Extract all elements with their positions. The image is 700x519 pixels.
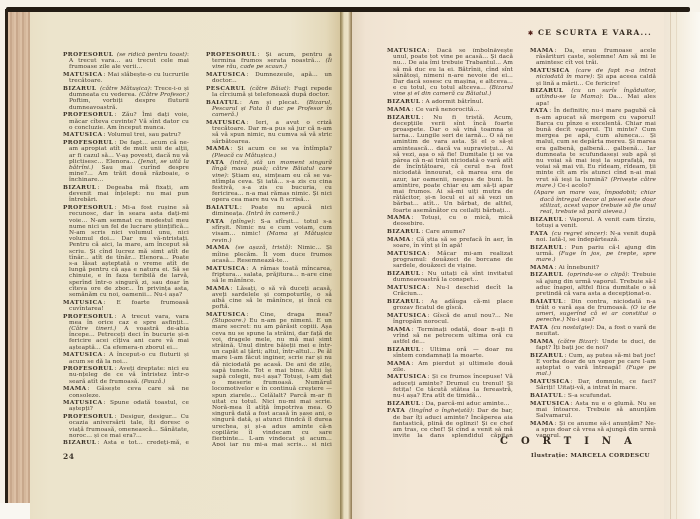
speaker-name: BIZARUL xyxy=(530,353,563,359)
header-ornament-icon: ✱ xyxy=(528,30,533,37)
speaker-name: PROFESORUL xyxy=(63,52,113,58)
dialogue-entry: MAMA: Ai înnebunit? xyxy=(530,265,656,271)
dialogue-entry: MAMA: Ce vară nenorocită... xyxy=(387,107,513,113)
dialogue-entry: MAMA (se așază, tristă): Nimic... Și mîi… xyxy=(206,245,332,264)
speaker-name: BIZARUL xyxy=(387,401,420,407)
dialogue-entry: BIZARUL: Ultima oră — doar nu sîntem con… xyxy=(387,347,513,359)
dialogue-entry: MATUSICA (care de fapt n-a intrat niciod… xyxy=(530,68,656,87)
dialogue-entry: BIZARUL: A adormit bătrînul. xyxy=(387,99,513,105)
speaker-name: BIZARUL xyxy=(63,440,96,446)
dialogue-entry: BIZARUL (cu un surîs îngăduitor, uitîndu… xyxy=(530,88,656,107)
dialogue-entry: BAIATUL: S-a scufundat. xyxy=(530,393,656,399)
speaker-name: MAMA xyxy=(206,245,230,251)
speaker-name: MAMA xyxy=(206,146,230,152)
dialogue-entry: PROFESORUL: Zău? Îmi dați voie, măcar cî… xyxy=(63,112,189,131)
speaker-name: BIZARUL xyxy=(387,347,420,353)
dialogue-entry: MATUSICA: Și ce frumos începuse! Vă aduc… xyxy=(387,374,513,399)
speaker-name: MATUSICA xyxy=(63,352,103,358)
speaker-name: PROFESORUL xyxy=(63,314,113,320)
dialogue-entry: MATUSICA: Măcar mi-am realizat programul… xyxy=(387,251,513,270)
speaker-name: BIZARUL xyxy=(387,115,420,121)
dialogue-entry: PROFESORUL: Aveți dreptate: nici eu nu-n… xyxy=(63,366,189,385)
right-column-2: MAMA: Da, erau frumoase acele răsărituri… xyxy=(530,48,656,438)
dialogue-entry: FATA (lingînd o înghețată): Dar de bar, … xyxy=(387,408,513,438)
page-number: 24 xyxy=(63,452,74,461)
speaker-name: MATUSICA xyxy=(387,285,427,291)
speaker-name: MATUSICA xyxy=(63,300,103,306)
photo-corner xyxy=(0,503,30,519)
speaker-name: MATUSICA xyxy=(206,266,246,272)
dialogue-entry: PROFESORUL: Și acum, pentru a termina fr… xyxy=(206,52,332,71)
speaker-name: MAMA xyxy=(387,327,411,333)
speaker-name: MATUSICA xyxy=(387,313,427,319)
speaker-name: PROFESORUL xyxy=(63,112,113,118)
dialogue-entry: PROFESORUL: De fapt... acum că ne-am apr… xyxy=(63,140,189,183)
dialogue-entry: PROFESORUL: A trecut vara, vara mea în o… xyxy=(63,314,189,351)
book-scan: PROFESORUL (se ridică pentru toast): A t… xyxy=(0,0,700,519)
dialogue-entry: MAMA: Că știa să se prefacă în aer, în s… xyxy=(387,237,513,249)
right-page-text: MATUSICA: Dacă se îmbolnăvește unul, poa… xyxy=(387,48,660,438)
speaker-name: BAIATUL xyxy=(530,393,563,399)
speaker-name: BAIATUL xyxy=(530,299,563,305)
speaker-name: MATUSICA xyxy=(63,400,103,406)
dialogue-entry: BIZARUL: Vaporul. A venit cam tîrziu, to… xyxy=(530,217,656,229)
dialogue-entry: MATUSICA: A rămas toată mîncarea, friptu… xyxy=(206,266,332,285)
dialogue-entry: MATUSICA: E foarte frumoasă cuvîntarea! xyxy=(63,300,189,312)
dialogue-entry: BIZARUL: Nu uitați că sînt invitatul dum… xyxy=(387,271,513,283)
page-edges-left xyxy=(8,12,30,519)
dialogue-entry: MAMA: Am pierdut și ultimele două zile. xyxy=(387,361,513,373)
dialogue-entry: BIZARUL: Da, parcă-mi aduc aminte... xyxy=(387,401,513,407)
dialogue-entry: BIZARUL: Care anume? xyxy=(387,229,513,235)
dialogue-entry: BIZARUL: Degeaba mă fixați, am devenit m… xyxy=(63,185,189,204)
dialogue-entry: BAIATUL: Am și plecat. (Bizarul, Pescaru… xyxy=(206,100,332,119)
dialogue-entry: FATA (cu regret sincer): N-a venit după … xyxy=(530,231,656,243)
speaker-name: MAMA xyxy=(63,386,87,392)
left-page-text: PROFESORUL (se ridică pentru toast): A t… xyxy=(63,52,332,446)
dialogue-entry: FATA (intră, stă un moment singură lîngă… xyxy=(206,160,332,203)
dialogue-entry: MATUSICA: Nu-l deschid decît la Crăciun.… xyxy=(387,285,513,297)
speaker-name: MAMA xyxy=(387,361,411,367)
dialogue-entry: BIZARUL: Nu fi tristă. Acum, decepțiile … xyxy=(387,115,513,214)
speaker-name: BIZARUL xyxy=(530,272,563,278)
speaker-name: MATUSICA xyxy=(530,401,570,407)
book-spine xyxy=(340,12,352,519)
speaker-name: MAMA xyxy=(206,286,230,292)
dialogue-entry: BIZARUL: Cum, aș putea să-mi bat joc! E … xyxy=(530,353,656,378)
dialogue-entry: MATUSICA: Cine, draga mea? (Stupoare.) E… xyxy=(206,312,332,446)
running-header: ✱CE SCURTA E VARA... xyxy=(528,28,652,37)
dialogue-entry: MAMA: Lăsați, o să vă duceți acasă, aveț… xyxy=(206,286,332,311)
speaker-name: MAMA xyxy=(530,265,554,271)
illustrator-credit: Ilustrație: MARCELA CORDESCU xyxy=(531,453,650,459)
dialogue-entry: PROFESORUL (se ridică pentru toast): A t… xyxy=(63,52,189,71)
dialogue-entry: MATUSICA: Asta nu e o glumă. Nu se mai î… xyxy=(530,401,656,420)
speaker-name: BIZARUL xyxy=(530,217,563,223)
dialogue-entry: BIZARUL: Aș adăuga că-mi place grozav fi… xyxy=(387,299,513,311)
dialogue-entry: PROFESORUL: Desigur, desigur... Cu ocazi… xyxy=(63,414,189,439)
speaker-name: MATUSICA xyxy=(387,374,427,380)
dialogue-entry: MATUSICA: Dar, domnule, ce faci? Săriți!… xyxy=(530,379,656,391)
speaker-name: FATA xyxy=(387,408,405,414)
dialogue-entry: MAMA: Terminați odată, doar n-ați fi vrî… xyxy=(387,327,513,346)
dialogue-entry: (Apare un mare vas, împodobit; chiar dac… xyxy=(530,190,656,215)
dialogue-entry: MATUSICA: Dumnezeule, apă... un doctor..… xyxy=(206,72,332,84)
speaker-name: FATA xyxy=(530,231,548,237)
dialogue-entry: MAMA: Totuși, cu o mică, mică deosebire. xyxy=(387,215,513,227)
speaker-name: BIZARUL xyxy=(387,229,420,235)
dialogue-entry: FATA: În definitiv, nu-i mare pagubă că … xyxy=(530,108,656,189)
speaker-name: MAMA xyxy=(387,237,411,243)
right-page: ✱CE SCURTA E VARA... MATUSICA: Dacă se î… xyxy=(352,12,664,519)
left-column-1: PROFESORUL (se ridică pentru toast): A t… xyxy=(63,52,189,446)
dialogue-entry: MATUSICA: Mai slăbește-o cu lucrurile tr… xyxy=(63,72,189,84)
right-column-1: MATUSICA: Dacă se îmbolnăvește unul, poa… xyxy=(387,48,513,438)
dialogue-entry: PROFESORUL: Mi-a fost rușine să recunosc… xyxy=(63,205,189,298)
speaker-name: BIZARUL xyxy=(530,245,563,251)
speaker-name: BIZARUL xyxy=(387,299,420,305)
left-column-2: PROFESORUL: Și acum, pentru a termina fr… xyxy=(206,52,332,446)
speaker-name: MAMA xyxy=(530,421,554,427)
dialogue-entry: BAIATUL: Poate nu apucă nici dimineața. … xyxy=(206,205,332,217)
dialogue-entry: BAIATUL: Din contra, niciodată n-a trăit… xyxy=(530,299,656,324)
running-title: CE SCURTA E VARA... xyxy=(538,28,652,37)
cortina-title: CORTINA xyxy=(500,436,645,447)
dialogue-entry: BIZARUL: Asta e tot... credeți-mă, e tot… xyxy=(63,440,189,446)
speaker-name: FATA xyxy=(530,108,548,114)
dialogue-entry: PESCARUL (către Băiat): Fugi repede la c… xyxy=(206,86,332,98)
dialogue-entry: MAMA: Și acum ce se va întîmpla? (Pleacă… xyxy=(206,146,332,158)
dialogue-entry: FATA (plînge): S-a sfîrșit... totul s-a … xyxy=(206,219,332,244)
speaker-name: FATA xyxy=(530,325,548,331)
dialogue-entry: MATUSICA: Gîscă de anul nou?... Ne îngro… xyxy=(387,313,513,325)
dialogue-entry: BIZARUL (către Mătușica): Trece-i-o și d… xyxy=(63,86,189,111)
page-edges-right xyxy=(664,12,700,519)
dialogue-entry: MAMA (către Bizar): Unde te duci, de fap… xyxy=(530,339,656,351)
speaker-name: MAMA xyxy=(387,215,411,221)
dialogue-entry: MATUSICA: Volumul trei, sau patru? xyxy=(63,132,189,138)
speaker-name: MATUSICA xyxy=(387,251,427,257)
dialogue-entry: MATUSICA: A început-o cu fluturii și acu… xyxy=(63,352,189,364)
speaker-name: BIZARUL xyxy=(387,99,420,105)
dialogue-entry: FATA (cu nostalgie): Da, a fost o vară d… xyxy=(530,325,656,337)
dialogue-entry: MAMA: Găsește ceva care să ne consoleze. xyxy=(63,386,189,398)
speaker-name: MATUSICA xyxy=(63,132,103,138)
dialogue-entry: MATUSICA: Spune odată toastul, ce aștepț… xyxy=(63,400,189,412)
speaker-name: BIZARUL xyxy=(387,271,420,277)
dialogue-entry: MAMA: Da, erau frumoase acele răsărituri… xyxy=(530,48,656,67)
dialogue-entry: BIZARUL (oprindu-se o clipă): Trebuie să… xyxy=(530,272,656,297)
dialogue-entry: MATUSICA: Ieri, a avut o criză trecătoar… xyxy=(206,120,332,145)
dialogue-entry: BIZARUL: Pun pariu că-l ajung din urmă. … xyxy=(530,245,656,264)
left-page: PROFESORUL (se ridică pentru toast): A t… xyxy=(30,12,340,519)
dialogue-entry: MATUSICA: Dacă se îmbolnăvește unul, poa… xyxy=(387,48,513,98)
speaker-name: MAMA xyxy=(387,107,411,113)
speaker-name: MATUSICA xyxy=(206,72,246,78)
